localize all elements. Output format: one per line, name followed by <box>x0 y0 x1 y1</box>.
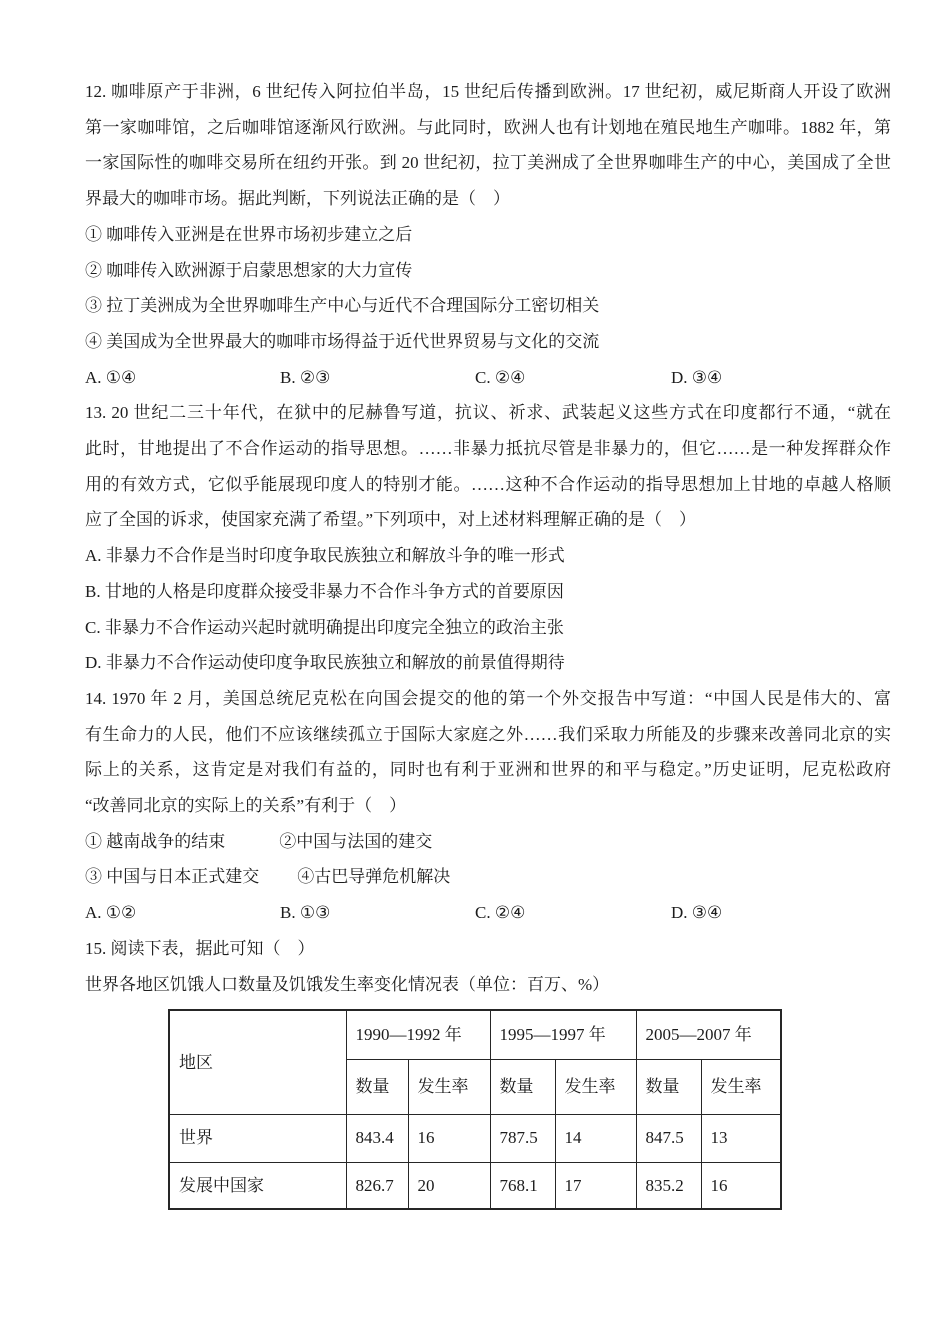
q14-choices-row: A. ①② B. ①③ C. ②④ D. ③④ <box>85 895 891 931</box>
row-world-rate-1: 16 <box>408 1114 490 1162</box>
question-14: 14. 1970 年 2 月，美国总统尼克松在向国会提交的他的第一个外交报告中写… <box>85 681 891 931</box>
q13-choice-b: B. 甘地的人格是印度群众接受非暴力不合作斗争方式的首要原因 <box>85 574 891 610</box>
question-15: 15. 阅读下表，据此可知（ ） 世界各地区饥饿人口数量及饥饿发生率变化情况表（… <box>85 931 891 1210</box>
q12-stem-line-4: 界最大的咖啡市场。据此判断，下列说法正确的是（ ） <box>85 181 891 217</box>
table-period-1990-1992: 1990—1992 年 <box>346 1010 490 1059</box>
q12-stem-line-3: 一家国际性的咖啡交易所在纽约开张。到 20 世纪初，拉丁美洲成了全世界咖啡生产的… <box>85 145 891 181</box>
q13-stem-line-1: 13. 20 世纪二三十年代，在狱中的尼赫鲁写道，抗议、祈求、武装起义这些方式在… <box>85 395 891 431</box>
q13-choice-a: A. 非暴力不合作是当时印度争取民族独立和解放斗争的唯一形式 <box>85 538 891 574</box>
row-developing-rate-1: 20 <box>408 1162 490 1209</box>
row-world-qty-3: 847.5 <box>636 1114 701 1162</box>
q12-statement-3: ③ 拉丁美洲成为全世界咖啡生产中心与近代不合理国际分工密切相关 <box>85 288 891 324</box>
row-developing-qty-1: 826.7 <box>346 1162 408 1209</box>
row-developing-rate-3: 16 <box>701 1162 781 1209</box>
exam-page: 12. 咖啡原产于非洲，6 世纪传入阿拉伯半岛，15 世纪后传播到欧洲。17 世… <box>0 0 950 1344</box>
q13-choice-d: D. 非暴力不合作运动使印度争取民族独立和解放的前景值得期待 <box>85 645 891 681</box>
q14-stem-line-4: “改善同北京的实际上的关系”有利于（ ） <box>85 788 891 824</box>
table-subheader-quantity-1: 数量 <box>346 1059 408 1114</box>
table-subheader-quantity-2: 数量 <box>490 1059 555 1114</box>
q15-stem: 15. 阅读下表，据此可知（ ） <box>85 931 891 967</box>
row-developing-qty-3: 835.2 <box>636 1162 701 1209</box>
q12-stem-line-1: 12. 咖啡原产于非洲，6 世纪传入阿拉伯半岛，15 世纪后传播到欧洲。17 世… <box>85 74 891 110</box>
q13-stem-line-2: 此时，甘地提出了不合作运动的指导思想。……非暴力抵抗尽管是非暴力的，但它……是一… <box>85 431 891 467</box>
q12-choice-a: A. ①④ <box>85 360 280 396</box>
q13-stem-line-3: 用的有效方式，它似乎能展现印度人的特别才能。……这种不合作运动的指导思想加上甘地… <box>85 467 891 503</box>
row-world-qty-1: 843.4 <box>346 1114 408 1162</box>
q12-choices-row: A. ①④ B. ②③ C. ②④ D. ③④ <box>85 360 891 396</box>
q14-choice-b: B. ①③ <box>280 895 475 931</box>
row-world-rate-2: 14 <box>555 1114 636 1162</box>
table-subheader-rate-1: 发生率 <box>408 1059 490 1114</box>
q14-choice-c: C. ②④ <box>475 895 671 931</box>
q14-stem-line-1: 14. 1970 年 2 月，美国总统尼克松在向国会提交的他的第一个外交报告中写… <box>85 681 891 717</box>
row-world-label: 世界 <box>169 1114 346 1162</box>
q14-options-row-2: ③ 中国与日本正式建交 ④古巴导弹危机解决 <box>85 859 891 895</box>
row-developing-rate-2: 17 <box>555 1162 636 1209</box>
q12-statement-1: ① 咖啡传入亚洲是在世界市场初步建立之后 <box>85 217 891 253</box>
q14-option-2: ②中国与法国的建交 <box>279 832 432 851</box>
q12-choice-d: D. ③④ <box>671 360 891 396</box>
q15-table-caption: 世界各地区饥饿人口数量及饥饿发生率变化情况表（单位：百万、%） <box>85 967 891 1003</box>
question-13: 13. 20 世纪二三十年代，在狱中的尼赫鲁写道，抗议、祈求、武装起义这些方式在… <box>85 395 891 681</box>
q14-stem-line-2: 有生命力的人民，他们不应该继续孤立于国际大家庭之外……我们采取力所能及的步骤来改… <box>85 717 891 753</box>
table-period-2005-2007: 2005—2007 年 <box>636 1010 781 1059</box>
q12-statement-2: ② 咖啡传入欧洲源于启蒙思想家的大力宣传 <box>85 253 891 289</box>
table-row-developing-countries: 发展中国家 826.7 20 768.1 17 835.2 16 <box>169 1162 781 1209</box>
q14-option-4: ④古巴导弹危机解决 <box>297 867 450 886</box>
table-subheader-rate-2: 发生率 <box>555 1059 636 1114</box>
q12-stem-line-2: 第一家咖啡馆，之后咖啡馆逐渐风行欧洲。与此同时，欧洲人也有计划地在殖民地生产咖啡… <box>85 110 891 146</box>
exam-content: 12. 咖啡原产于非洲，6 世纪传入阿拉伯半岛，15 世纪后传播到欧洲。17 世… <box>85 74 891 1210</box>
row-developing-label: 发展中国家 <box>169 1162 346 1209</box>
row-world-qty-2: 787.5 <box>490 1114 555 1162</box>
table-subheader-quantity-3: 数量 <box>636 1059 701 1114</box>
row-world-rate-3: 13 <box>701 1114 781 1162</box>
table-row-periods: 地区 1990—1992 年 1995—1997 年 2005—2007 年 <box>169 1010 781 1059</box>
q12-choice-b: B. ②③ <box>280 360 475 396</box>
hunger-rate-table: 地区 1990—1992 年 1995—1997 年 2005—2007 年 数… <box>168 1009 782 1210</box>
q14-choice-d: D. ③④ <box>671 895 891 931</box>
q12-statement-4: ④ 美国成为全世界最大的咖啡市场得益于近代世界贸易与文化的交流 <box>85 324 891 360</box>
table-corner-header: 地区 <box>169 1010 346 1114</box>
q14-stem-line-3: 际上的关系，这肯定是对我们有益的，同时也有利于亚洲和世界的和平与稳定。”历史证明… <box>85 752 891 788</box>
q13-choice-c: C. 非暴力不合作运动兴起时就明确提出印度完全独立的政治主张 <box>85 610 891 646</box>
q14-choice-a: A. ①② <box>85 895 280 931</box>
q14-option-3: ③ 中国与日本正式建交 <box>85 859 293 895</box>
q14-option-1: ① 越南战争的结束 <box>85 824 275 860</box>
question-12: 12. 咖啡原产于非洲，6 世纪传入阿拉伯半岛，15 世纪后传播到欧洲。17 世… <box>85 74 891 395</box>
q14-options-row-1: ① 越南战争的结束 ②中国与法国的建交 <box>85 824 891 860</box>
table-period-1995-1997: 1995—1997 年 <box>490 1010 636 1059</box>
q13-stem-line-4: 应了全国的诉求，使国家充满了希望。”下列项中，对上述材料理解正确的是（ ） <box>85 502 891 538</box>
q12-choice-c: C. ②④ <box>475 360 671 396</box>
table-subheader-rate-3: 发生率 <box>701 1059 781 1114</box>
table-row-world: 世界 843.4 16 787.5 14 847.5 13 <box>169 1114 781 1162</box>
row-developing-qty-2: 768.1 <box>490 1162 555 1209</box>
